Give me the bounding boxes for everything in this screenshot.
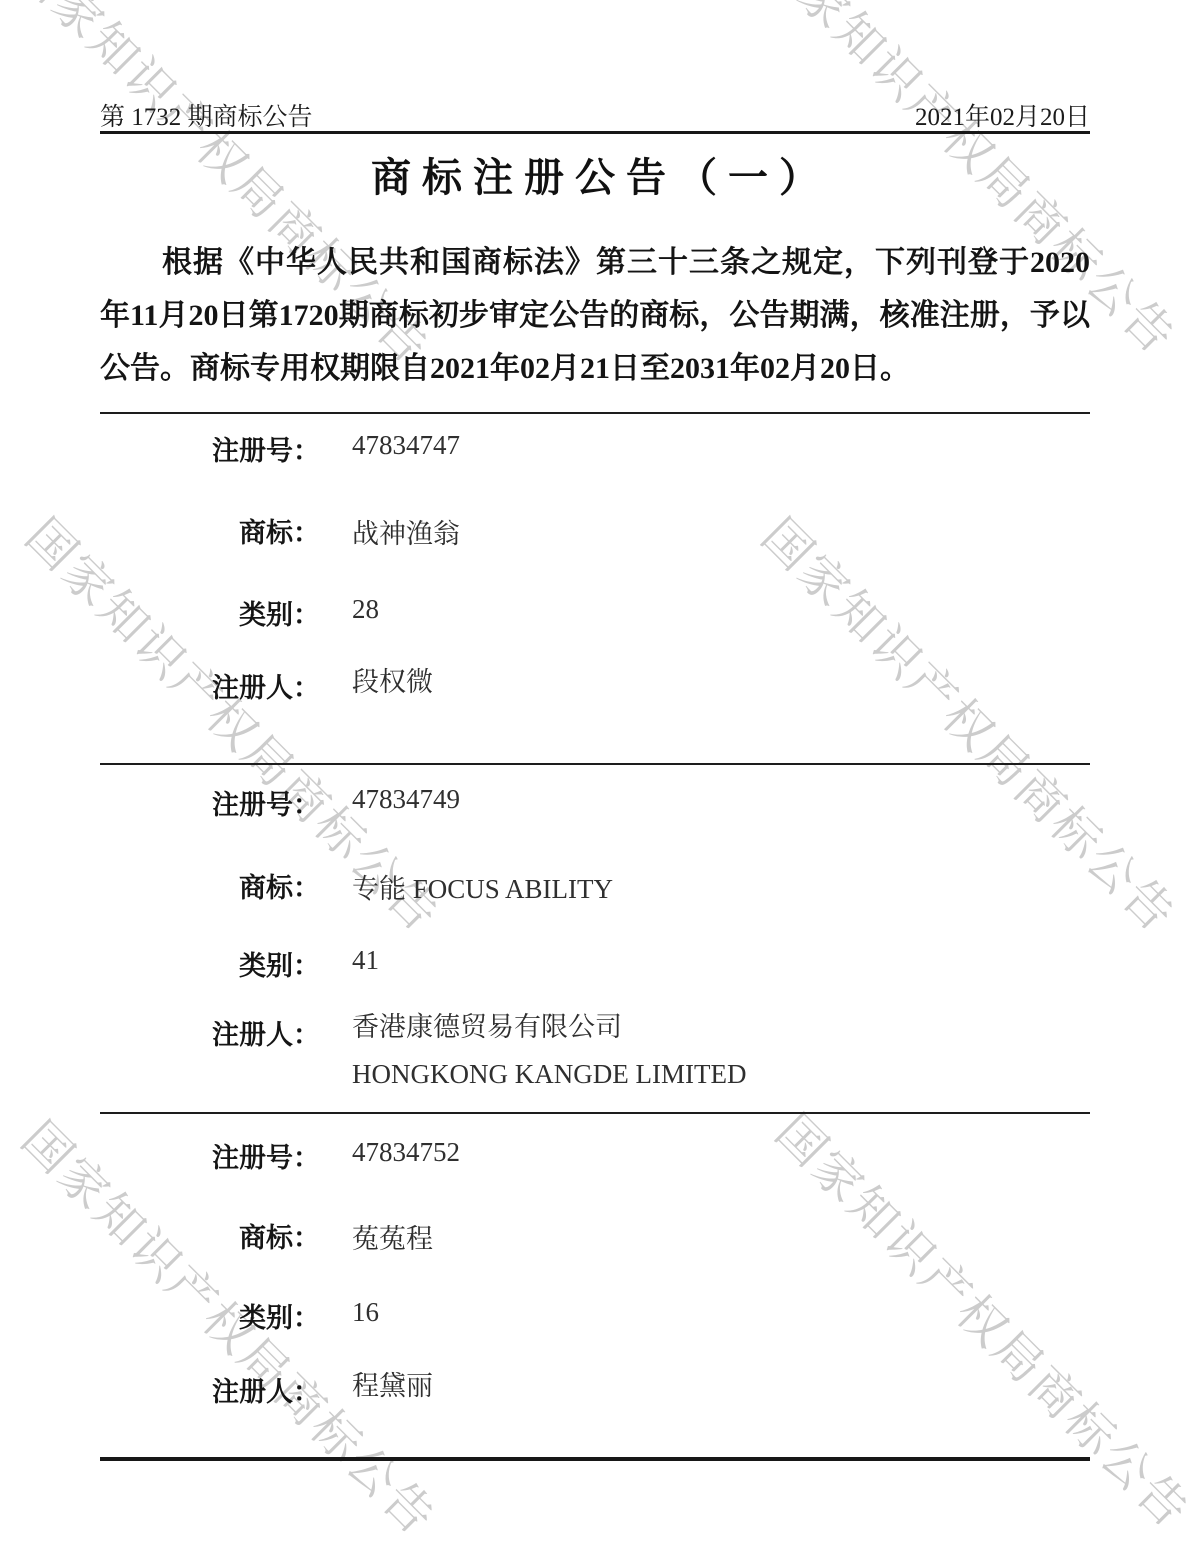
reg-no-row: 注册号： 47834749	[100, 783, 1090, 823]
reg-no-value: 47834747	[352, 430, 1072, 461]
registrant-line-1: 程黛丽	[352, 1371, 433, 1401]
class-value: 16	[352, 1297, 1072, 1328]
registrant-label: 注册人：	[100, 1013, 320, 1052]
reg-no-value: 47834752	[352, 1137, 1072, 1168]
record-divider	[100, 412, 1090, 414]
trademark-value: 菟菟程	[352, 1217, 1072, 1256]
registrant-row: 注册人： 香港康德贸易有限公司 HONGKONG KANGDE LIMITED	[100, 1013, 1090, 1053]
record-divider	[100, 763, 1090, 765]
trademark-row: 商标： 战神渔翁	[100, 511, 1090, 551]
class-row: 类别： 16	[100, 1296, 1090, 1336]
registrant-value: 程黛丽	[352, 1371, 1072, 1402]
registrant-value: 香港康德贸易有限公司 HONGKONG KANGDE LIMITED	[352, 1014, 1072, 1096]
bottom-rule	[100, 1457, 1090, 1461]
gazette-page: 国家知识产权局商标公告 国家知识产权局商标公告 国家知识产权局商标公告 国家知识…	[0, 0, 1190, 1564]
trademark-value: 战神渔翁	[352, 512, 1072, 551]
registrant-value: 段权微	[352, 667, 1072, 698]
reg-no-label: 注册号：	[100, 1136, 320, 1175]
registrant-label: 注册人：	[100, 666, 320, 705]
class-label: 类别：	[100, 1296, 320, 1335]
class-value: 41	[352, 945, 1072, 976]
reg-no-value: 47834749	[352, 784, 1072, 815]
trademark-row: 商标： 菟菟程	[100, 1216, 1090, 1256]
trademark-value: 专能 FOCUS ABILITY	[352, 867, 1072, 906]
registrant-line-2: HONGKONG KANGDE LIMITED	[352, 1053, 1072, 1096]
registrant-line-1: 段权微	[352, 667, 433, 697]
trademark-label: 商标：	[100, 1216, 320, 1255]
class-value: 28	[352, 594, 1072, 625]
registrant-label: 注册人：	[100, 1370, 320, 1409]
reg-no-label: 注册号：	[100, 429, 320, 468]
registrant-row: 注册人： 程黛丽	[100, 1370, 1090, 1410]
trademark-label: 商标：	[100, 511, 320, 550]
gazette-date: 2021年02月20日	[915, 97, 1090, 133]
class-row: 类别： 41	[100, 944, 1090, 984]
trademark-row: 商标： 专能 FOCUS ABILITY	[100, 866, 1090, 906]
registrant-line-1: 香港康德贸易有限公司	[352, 1014, 1072, 1041]
trademark-label: 商标：	[100, 866, 320, 905]
page-title: 商标注册公告（一）	[0, 146, 1190, 203]
class-row: 类别： 28	[100, 593, 1090, 633]
reg-no-row: 注册号： 47834752	[100, 1136, 1090, 1176]
reg-no-label: 注册号：	[100, 783, 320, 822]
intro-paragraph: 根据《中华人民共和国商标法》第三十三条之规定，下列刊登于2020年11月20日第…	[100, 236, 1090, 395]
class-label: 类别：	[100, 944, 320, 983]
record-divider	[100, 1112, 1090, 1114]
reg-no-row: 注册号： 47834747	[100, 429, 1090, 469]
registrant-row: 注册人： 段权微	[100, 666, 1090, 706]
header-rule	[100, 131, 1090, 134]
class-label: 类别：	[100, 593, 320, 632]
gazette-issue-number: 第 1732 期商标公告	[100, 97, 313, 133]
